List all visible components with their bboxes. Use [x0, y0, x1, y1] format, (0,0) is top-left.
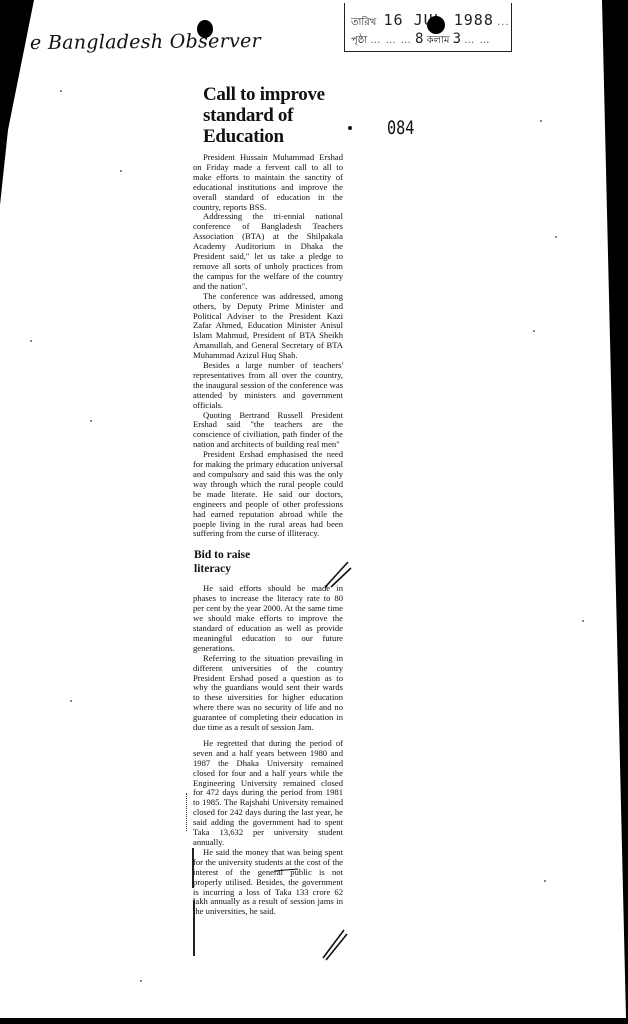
margin-mark-line — [193, 900, 195, 956]
stamp-column-label: কলাম — [427, 35, 450, 46]
scan-speck — [70, 700, 72, 702]
article-paragraph: Referring to the situation prevailing in… — [193, 654, 343, 733]
scan-speck — [544, 880, 546, 882]
stamp-page-label: পৃষ্ঠা — [351, 35, 367, 46]
article-paragraph: Quoting Bertrand Russell President Ersha… — [193, 411, 343, 451]
file-number: 084 — [387, 117, 414, 139]
pen-checkmark-icon — [318, 928, 348, 962]
stamp-dots: ... — [497, 17, 510, 28]
stamp-page-value: 8 — [415, 31, 423, 47]
punch-hole-left — [197, 20, 213, 38]
ink-dot — [348, 126, 352, 130]
article-paragraph: Besides a large number of teachers' repr… — [193, 361, 343, 411]
stamp-date-label: তারিখ — [351, 17, 376, 28]
article-headline: Call to improve standard of Education — [203, 84, 343, 147]
stamp-column-value: 3 — [453, 31, 461, 47]
scan-speck — [60, 90, 62, 92]
article-paragraph: President Hussain Muhammad Ershad on Fri… — [193, 153, 343, 212]
pen-checkmark-icon — [322, 560, 352, 590]
article-paragraph: President Ershad emphasised the need for… — [193, 450, 343, 539]
scan-border-bottom — [0, 1018, 628, 1024]
scan-speck — [540, 120, 542, 122]
article-body-part1: President Hussain Muhammad Ershad on Fri… — [193, 153, 343, 539]
scan-speck — [555, 236, 557, 238]
article-paragraph: The conference was addressed, among othe… — [193, 292, 343, 361]
stamp-dots: … … — [464, 35, 490, 46]
article-body-part2: He said efforts should be made in phases… — [193, 584, 343, 733]
scan-speck — [140, 980, 142, 982]
scan-speck — [30, 340, 32, 342]
article-paragraph: He said the money that was being spent f… — [193, 848, 343, 917]
article-paragraph: He said efforts should be made in phases… — [193, 584, 343, 653]
article: Call to improve standard of Education Pr… — [193, 84, 343, 917]
margin-mark-line — [192, 848, 194, 888]
stamp-dots: … … … — [370, 35, 411, 46]
scan-speck — [582, 620, 584, 622]
punch-hole-right — [427, 16, 445, 34]
article-subheading: Bid to raise literacy — [194, 548, 284, 576]
article-paragraph: Addressing the tri-ennial national confe… — [193, 212, 343, 291]
scan-speck — [90, 420, 92, 422]
article-paragraph: He regretted that during the period of s… — [193, 739, 343, 848]
article-body-part3: He regretted that during the period of s… — [193, 739, 343, 917]
scan-speck — [120, 170, 122, 172]
stamp-page-row: পৃষ্ঠা … … … 8 কলাম 3 … … — [351, 31, 490, 50]
newspaper-clipping: e Bangladesh Observer তারিখ 16 JUL 1988 … — [0, 0, 628, 1024]
newspaper-masthead: e Bangladesh Observer — [30, 30, 261, 54]
scan-speck — [533, 330, 535, 332]
pen-underline-icon — [272, 866, 302, 874]
margin-mark-dotted — [186, 793, 189, 831]
